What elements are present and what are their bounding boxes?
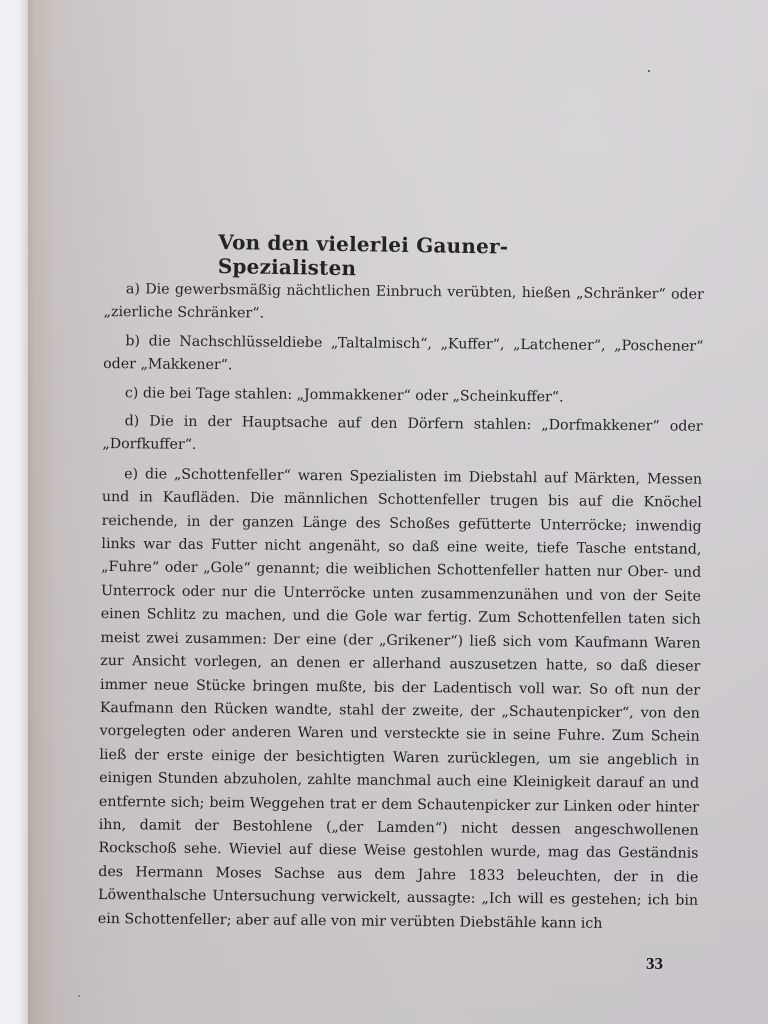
paragraph-c: c) die bei Tage stahlen: „Jommakkener“ o… (103, 382, 703, 411)
book-page: Von den vielerlei Gauner-Spezialisten a)… (28, 0, 768, 1024)
paragraph-b: b) die Nachschlüsseldiebe „Taltalmisch“,… (103, 330, 703, 383)
paragraph-label: b) (125, 333, 140, 349)
background-margin (0, 0, 28, 1024)
paragraph-d: d) Die in der Hauptsache auf den Dörfern… (102, 410, 702, 463)
paragraph-label: d) (125, 413, 140, 429)
paragraph-label: e) (124, 466, 138, 482)
photo-of-book-page: Von den vielerlei Gauner-Spezialisten a)… (0, 0, 768, 1024)
page-number: 33 (646, 954, 663, 974)
paragraph-text: die Nachschlüsseldiebe „Taltalmisch“, „K… (103, 333, 703, 373)
paragraph-text: Die in der Hauptsache auf den Dörfern st… (102, 413, 702, 453)
paragraph-text: die bei Tage stahlen: „Jommakkener“ oder… (143, 385, 564, 405)
paper-speck (648, 70, 650, 72)
paper-speck (78, 995, 80, 997)
paragraph-text: die „Schottenfeller“ waren Spezialisten … (98, 466, 702, 931)
paragraph-label: c) (125, 385, 139, 401)
paragraph-label: a) (126, 281, 140, 297)
paragraph-a: a) Die gewerbsmäßig nächtlichen Einbruch… (104, 278, 704, 331)
paragraph-text: Die gewerbsmäßig nächtlichen Einbruch ve… (104, 281, 704, 322)
body-text: a) Die gewerbsmäßig nächtlichen Einbruch… (98, 278, 704, 942)
paragraph-e: e) die „Schottenfeller“ waren Spezialist… (98, 463, 702, 937)
chapter-heading: Von den vielerlei Gauner-Spezialisten (218, 230, 639, 285)
